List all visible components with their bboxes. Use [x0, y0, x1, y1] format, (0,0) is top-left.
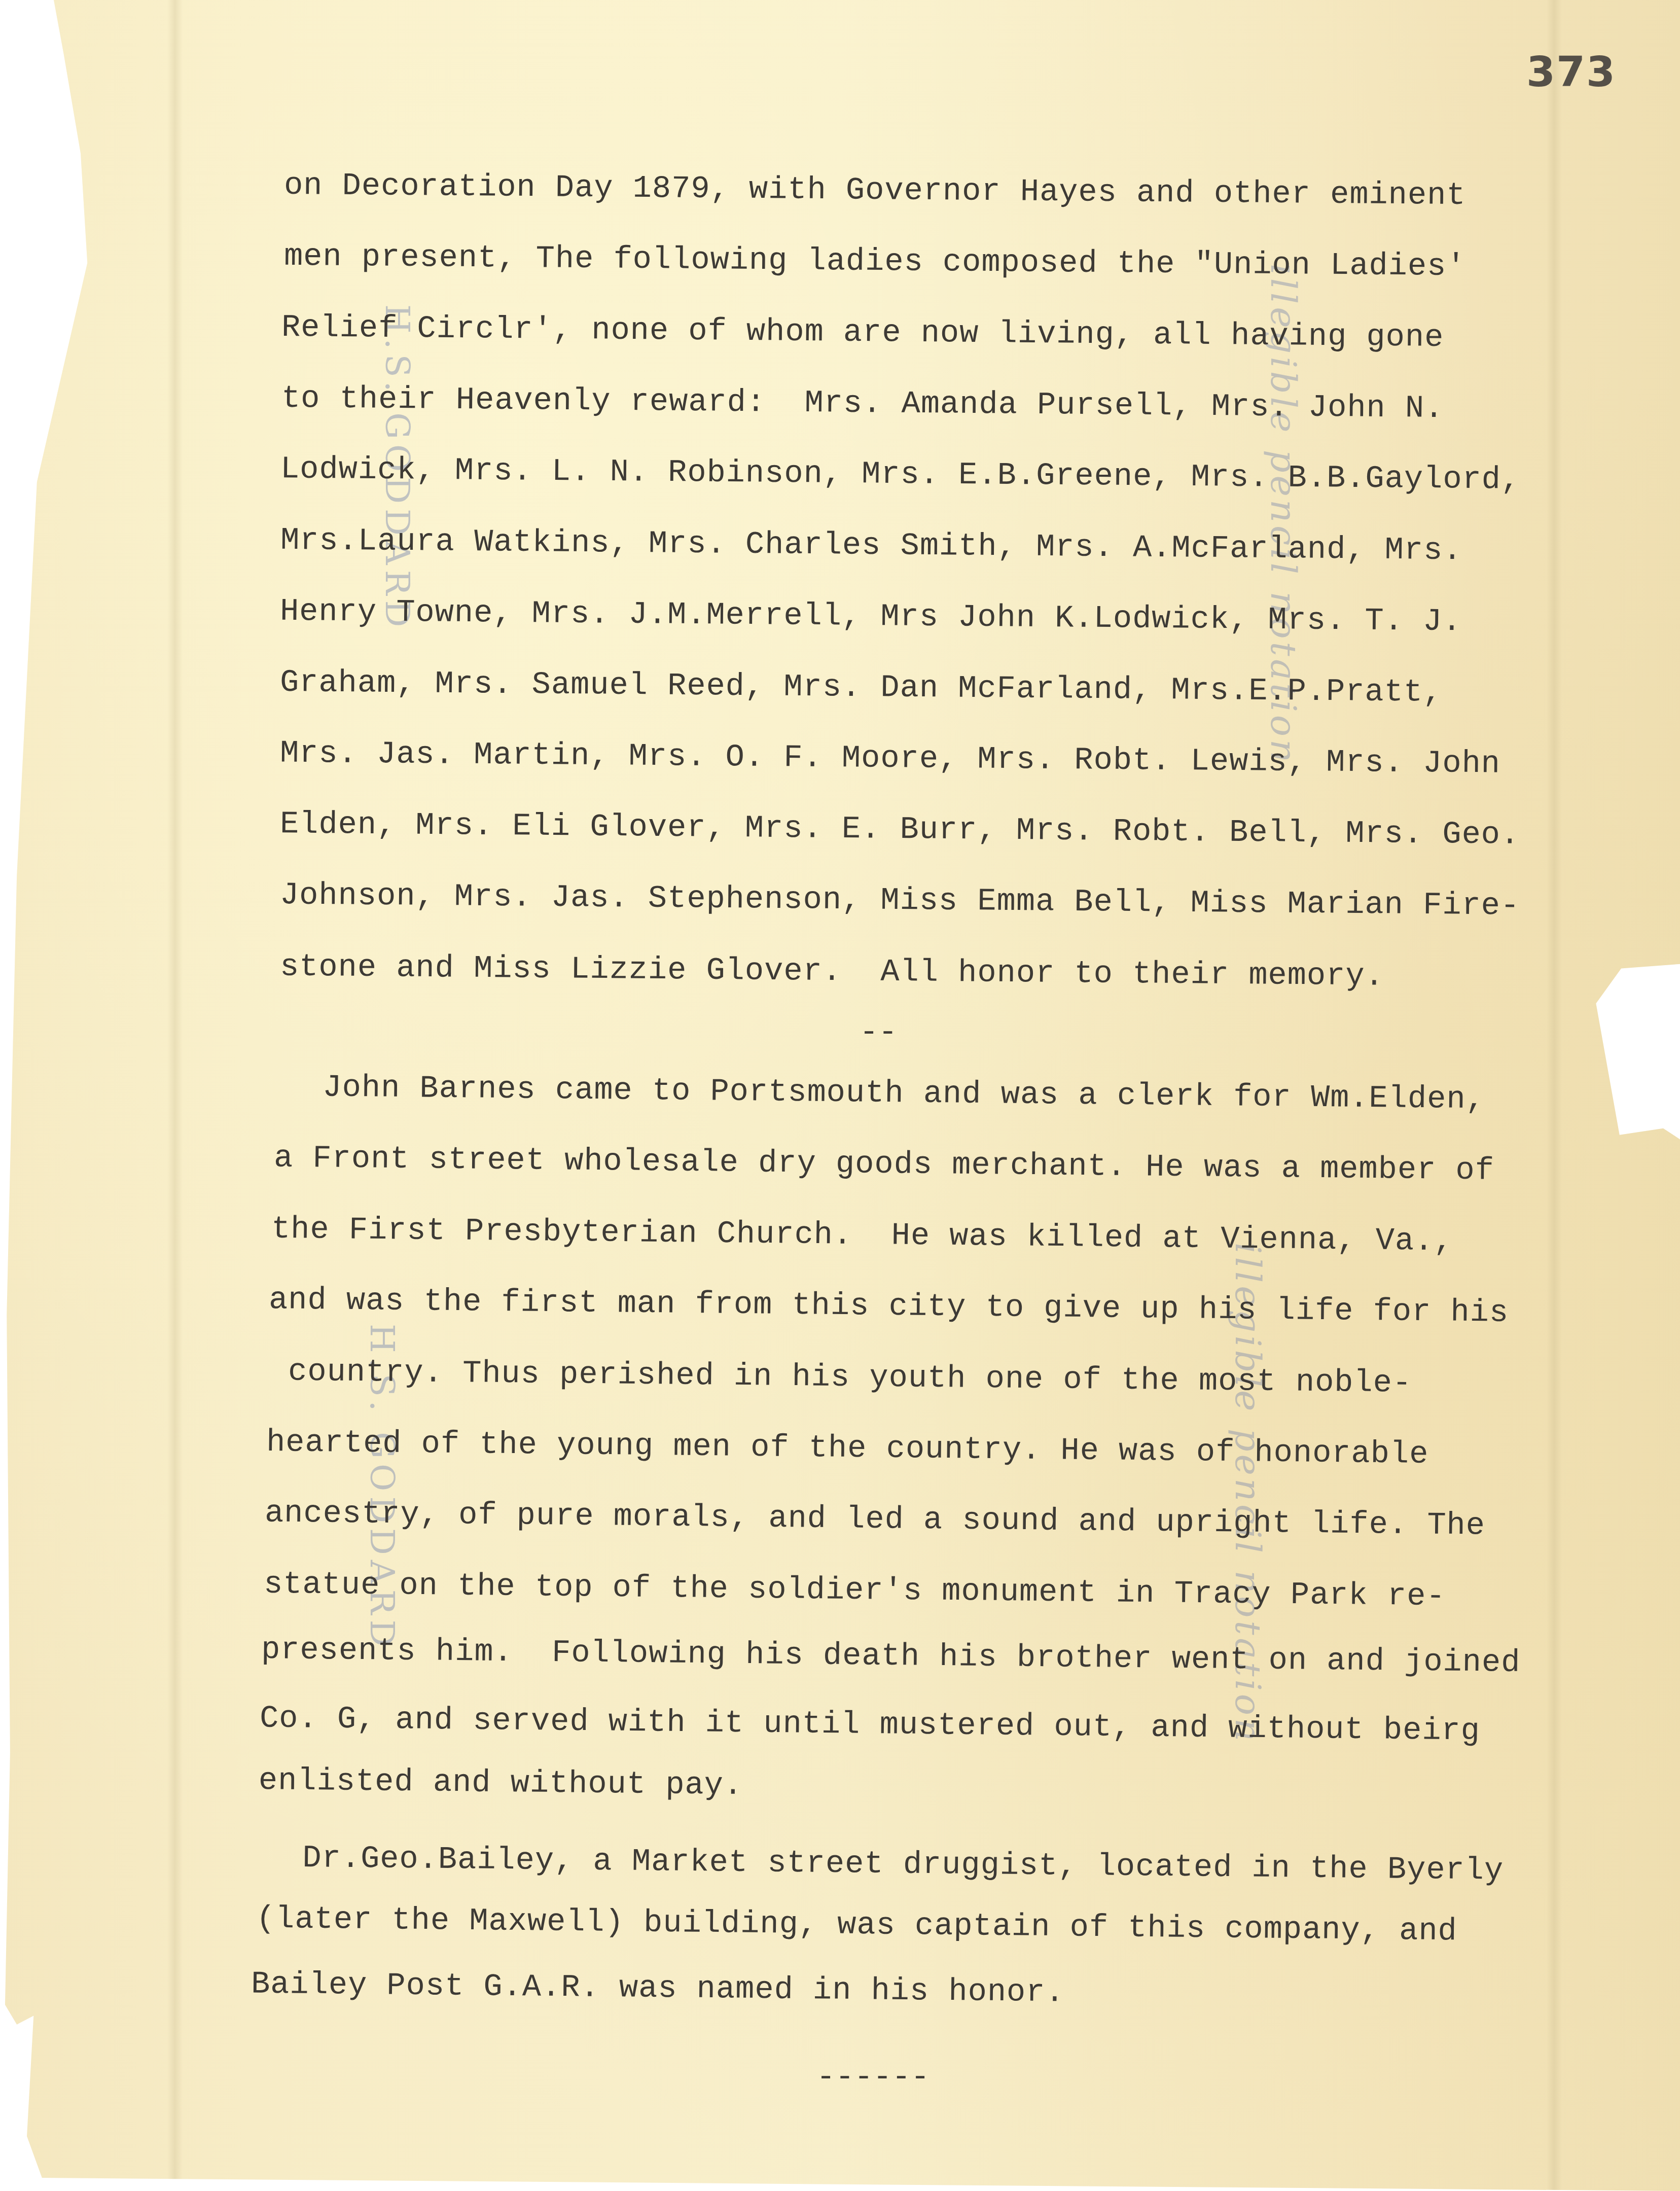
text-line: a Front street wholesale dry goods merch… — [274, 1142, 1495, 1186]
page-number: 373 — [1526, 48, 1616, 96]
paper-fold-crease — [167, 0, 183, 2191]
text-line: presents him. Following his death his br… — [261, 1634, 1521, 1679]
text-line: Relief Circlr', none of whom are now liv… — [281, 312, 1444, 354]
text-line: Henry Towne, Mrs. J.M.Merrell, Mrs John … — [280, 596, 1462, 638]
document-page: 373 H.S. GODDARD H.S. GODDARD illegible … — [0, 0, 1680, 2191]
text-line: Graham, Mrs. Samuel Reed, Mrs. Dan McFar… — [280, 667, 1443, 709]
handwritten-note: illegible pencil notation — [1263, 264, 1304, 898]
text-line: men present, The following ladies compos… — [284, 241, 1466, 282]
text-line: enlisted and without pay. — [259, 1765, 743, 1801]
text-line: to their Heavenly reward: Mrs. Amanda Pu… — [281, 383, 1444, 425]
text-line: Co. G, and served with it until mustered… — [260, 1703, 1481, 1747]
text-line: Elden, Mrs. Eli Glover, Mrs. E. Burr, Mr… — [280, 808, 1520, 851]
paper-fold-crease — [1547, 0, 1562, 2191]
text-line: Lodwick, Mrs. L. N. Robinson, Mrs. E.B.G… — [280, 453, 1521, 496]
text-line: Mrs.Laura Watkins, Mrs. Charles Smith, M… — [280, 525, 1462, 567]
text-line: stone and Miss Lizzie Glover. All honor … — [280, 951, 1384, 992]
text-line: (later the Maxwell) building, was captai… — [256, 1903, 1457, 1948]
text-line: the First Presbyterian Church. He was ki… — [271, 1214, 1453, 1257]
text-line: and was the first man from this city to … — [269, 1284, 1509, 1329]
section-separator: ------ — [816, 2059, 930, 2095]
text-line: Mrs. Jas. Martin, Mrs. O. F. Moore, Mrs.… — [280, 737, 1500, 780]
text-line: ancestry, of pure morals, and led a soun… — [265, 1497, 1486, 1541]
section-separator: -- — [860, 1014, 897, 1050]
text-line: John Barnes came to Portsmouth and was a… — [284, 1072, 1485, 1116]
text-line: Dr.Geo.Bailey, a Market street druggist,… — [264, 1842, 1504, 1887]
text-line: Bailey Post G.A.R. was named in his hono… — [251, 1969, 1065, 2009]
text-line: Johnson, Mrs. Jas. Stephenson, Miss Emma… — [280, 879, 1520, 922]
text-line: on Decoration Day 1879, with Governor Ha… — [284, 170, 1466, 211]
